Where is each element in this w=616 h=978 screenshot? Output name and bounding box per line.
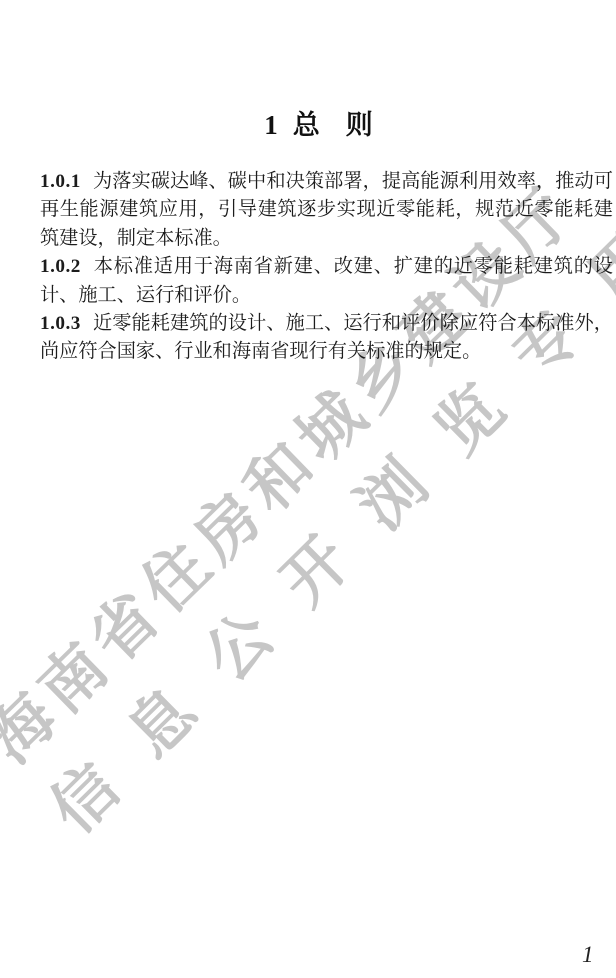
paragraph-line: 1.0.2本标准适用于海南省新建、改建、扩建的近零能耗建筑的设 bbox=[40, 253, 613, 281]
clause-text: 计、施工、运行和评价。 bbox=[40, 285, 251, 306]
page-number: 1 bbox=[582, 943, 594, 966]
clause-number: 1.0.1 bbox=[40, 171, 81, 192]
chapter-number: 1 bbox=[264, 111, 278, 141]
chapter-title-char-1: 总 bbox=[293, 111, 320, 141]
document-page: 海南省住房和城乡建设厅 信息公开浏览专用 1 总 则 1.0.1为落实碳达峰、碳… bbox=[0, 0, 616, 978]
paragraph-line: 1.0.3近零能耗建筑的设计、施工、运行和评价除应符合本标准外， bbox=[40, 310, 613, 338]
clause-number: 1.0.2 bbox=[40, 256, 81, 277]
paragraph-line: 1.0.1为落实碳达峰、碳中和决策部署，提高能源利用效率，推动可 bbox=[40, 168, 613, 196]
paragraph-line: 筑建设，制定本标准。 bbox=[40, 225, 613, 253]
clause-text: 再生能源建筑应用，引导建筑逐步实现近零能耗，规范近零能耗建 bbox=[40, 199, 613, 220]
clause-text: 本标准适用于海南省新建、改建、扩建的近零能耗建筑的设 bbox=[93, 256, 613, 277]
paragraph-line: 计、施工、运行和评价。 bbox=[40, 282, 613, 310]
clause-text: 尚应符合国家、行业和海南省现行有关标准的规定。 bbox=[40, 341, 481, 362]
chapter-title: 1 总 则 bbox=[32, 111, 605, 141]
clause-text: 为落实碳达峰、碳中和决策部署，提高能源利用效率，推动可 bbox=[93, 171, 613, 192]
chapter-title-char-2: 则 bbox=[346, 111, 373, 141]
clause-text: 筑建设，制定本标准。 bbox=[40, 228, 232, 249]
paragraph-line: 尚应符合国家、行业和海南省现行有关标准的规定。 bbox=[40, 338, 613, 366]
clause-number: 1.0.3 bbox=[40, 313, 81, 334]
body-text: 1.0.1为落实碳达峰、碳中和决策部署，提高能源利用效率，推动可再生能源建筑应用… bbox=[40, 168, 613, 367]
clause-text: 近零能耗建筑的设计、施工、运行和评价除应符合本标准外， bbox=[93, 313, 613, 334]
paragraph-line: 再生能源建筑应用，引导建筑逐步实现近零能耗，规范近零能耗建 bbox=[40, 196, 613, 224]
